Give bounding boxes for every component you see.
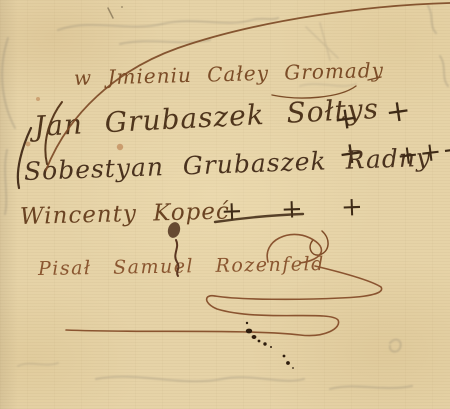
- signature-text: Jan Grubaszek Sołtys: [33, 92, 380, 143]
- signature-line-sobestyan-grubaszek: Sobestyan Grubaszek Radny: [23, 143, 431, 186]
- scribe-line: Pisał Samuel Rozenfeld: [38, 253, 325, 280]
- scribe-text: Pisał Samuel Rozenfeld: [38, 253, 325, 280]
- signature-line-wincenty-kopec: Wincenty Kopeć: [20, 199, 230, 230]
- signature-cross-marks-struck: + + +: [220, 192, 378, 227]
- ink-blots: [246, 322, 294, 369]
- invocation-text: w Jmieniu Całey Gromady: [74, 58, 385, 90]
- signature-text: Wincenty Kopeć: [20, 199, 230, 230]
- signature-line-jan-grubaszek: Jan Grubaszek Sołtys: [33, 92, 380, 143]
- signature-flourish: [66, 234, 382, 335]
- invocation-line: w Jmieniu Całey Gromady: [74, 58, 385, 90]
- manuscript-page: w Jmieniu Całey Gromady Jan Grubaszek So…: [0, 0, 450, 409]
- signature-text: Sobestyan Grubaszek Radny: [23, 143, 431, 186]
- flourish-loop-small: [310, 231, 328, 255]
